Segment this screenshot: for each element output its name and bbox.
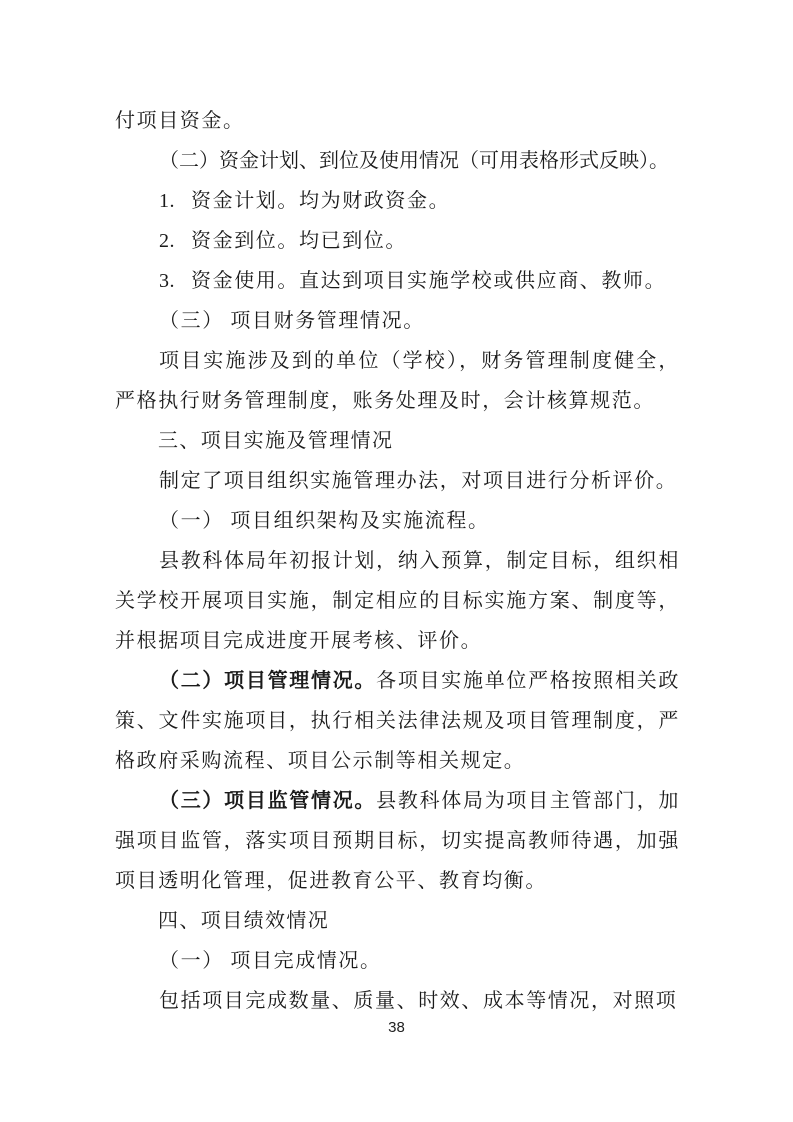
body-paragraph: 包括项目完成数量、质量、时效、成本等情况，对照项 [115,981,680,1021]
list-item-text: 资金到位。均已到位。 [191,230,407,252]
document-page: 付项目资金。 （二）资金计划、到位及使用情况（可用表格形式反映）。 1.资金计划… [0,0,793,1122]
list-item-text: 资金计划。均为财政资金。 [191,190,450,212]
inline-subsection-heading-project-mgmt: （二）项目管理情况。 [159,670,376,692]
numbered-item: 2.资金到位。均已到位。 [115,221,680,261]
subsection-heading-funding-status: （二）资金计划、到位及使用情况（可用表格形式反映）。 [115,141,680,181]
document-body: 付项目资金。 （二）资金计划、到位及使用情况（可用表格形式反映）。 1.资金计划… [115,101,680,1021]
subsection-heading-financial-mgmt: （三） 项目财务管理情况。 [115,301,680,341]
list-number: 3. [159,270,175,292]
body-paragraph-with-lead: （二）项目管理情况。各项目实施单位严格按照相关政策、文件实施项目，执行相关法律法… [115,661,680,781]
body-paragraph: 县教科体局年初报计划，纳入预算，制定目标，组织相关学校开展项目实施，制定相应的目… [115,541,680,661]
body-paragraph: 制定了项目组织实施管理办法，对项目进行分析评价。 [115,461,680,501]
section-heading-performance: 四、项目绩效情况 [115,901,680,941]
list-item-text: 资金使用。直达到项目实施学校或供应商、教师。 [191,270,666,292]
page-number: 38 [0,1018,793,1038]
body-paragraph-with-lead: （三）项目监管情况。县教科体局为项目主管部门，加强项目监管，落实项目预期目标，切… [115,781,680,901]
numbered-item: 1.资金计划。均为财政资金。 [115,181,680,221]
paragraph-continuation: 付项目资金。 [115,101,680,141]
section-heading-implementation: 三、项目实施及管理情况 [115,421,680,461]
body-paragraph: 项目实施涉及到的单位（学校），财务管理制度健全，严格执行财务管理制度，账务处理及… [115,341,680,421]
inline-subsection-heading-supervision: （三）项目监管情况。 [159,790,376,812]
list-number: 1. [159,190,175,212]
subsection-heading-completion: （一） 项目完成情况。 [115,941,680,981]
list-number: 2. [159,230,175,252]
subsection-heading-org-structure: （一） 项目组织架构及实施流程。 [115,501,680,541]
numbered-item: 3.资金使用。直达到项目实施学校或供应商、教师。 [115,261,680,301]
